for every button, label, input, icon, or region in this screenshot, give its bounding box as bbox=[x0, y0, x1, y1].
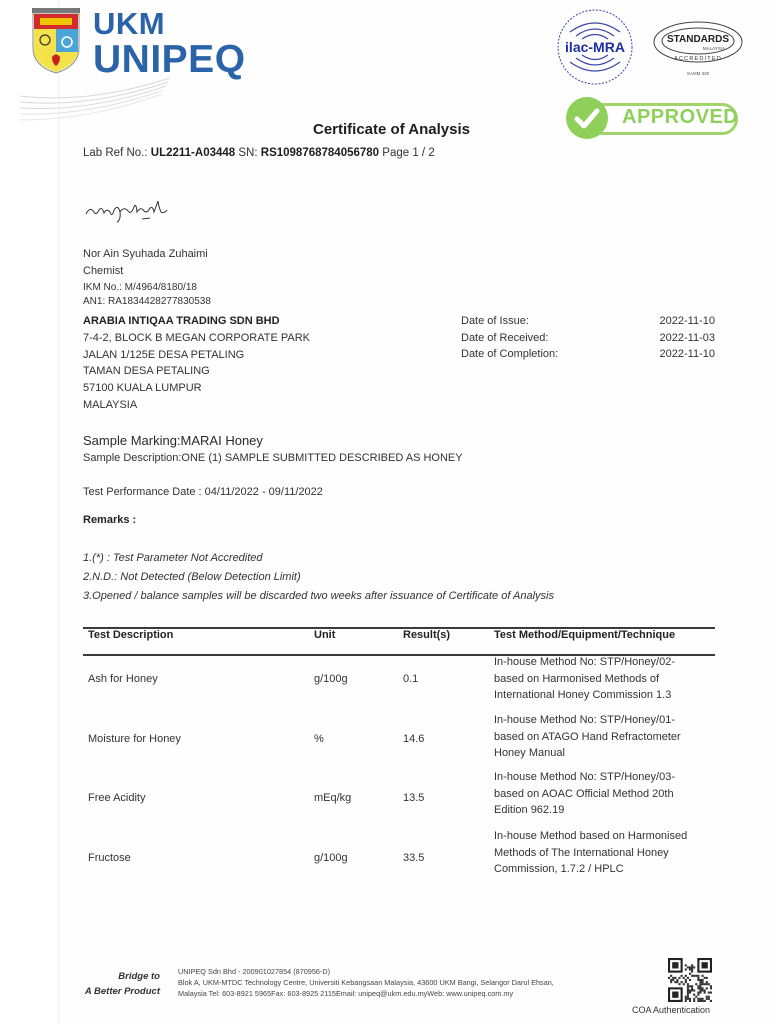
cell-test: Moisture for Honey bbox=[88, 733, 181, 745]
customer-address-line: MALAYSIA bbox=[83, 399, 137, 411]
cell-result: 13.5 bbox=[403, 792, 424, 804]
method-line: based on ATAGO Hand Refractometer bbox=[494, 729, 716, 746]
header-results: Result(s) bbox=[403, 629, 450, 641]
accredited-label: ACCREDITED bbox=[674, 56, 722, 62]
unipeq-brand-logo: UKM UNIPEQ bbox=[93, 8, 246, 79]
cell-result: 33.5 bbox=[403, 852, 424, 864]
cell-method: In-house Method No: STP/Honey/03- based … bbox=[494, 769, 716, 819]
header-unit: Unit bbox=[314, 629, 335, 641]
test-performance-date: Test Performance Date : 04/11/2022 - 09/… bbox=[83, 486, 323, 498]
header-test-description: Test Description bbox=[88, 629, 173, 641]
ilac-label: ilac-MRA bbox=[565, 39, 625, 55]
date-of-completion-row: Date of Completion: 2022-11-10 bbox=[461, 348, 715, 360]
lab-ref-value: UL2211-A03448 bbox=[151, 147, 235, 159]
standards-sub-label: MALAYSIA bbox=[703, 46, 725, 51]
cell-test: Fructose bbox=[88, 852, 131, 864]
date-value: 2022-11-10 bbox=[660, 348, 715, 360]
date-value: 2022-11-10 bbox=[660, 315, 715, 327]
header-test-method: Test Method/Equipment/Technique bbox=[494, 629, 675, 641]
lab-reference-line: Lab Ref No.: UL2211-A03448 SN: RS1098768… bbox=[83, 147, 435, 159]
method-line: based on AOAC Official Method 20th bbox=[494, 786, 716, 803]
lab-ref-label: Lab Ref No.: bbox=[83, 147, 148, 159]
footer-tagline: Bridge to A Better Product bbox=[70, 969, 160, 999]
method-line: In-house Method No: STP/Honey/02- bbox=[494, 654, 716, 671]
signatory-name: Nor Ain Syuhada Zuhaimi bbox=[83, 248, 208, 260]
customer-company: ARABIA INTIQAA TRADING SDN BHD bbox=[83, 315, 280, 327]
footer-company-info: UNIPEQ Sdn Bhd - 200901027854 (870956-D)… bbox=[178, 966, 618, 999]
cell-method: In-house Method No: STP/Honey/02- based … bbox=[494, 654, 716, 704]
cell-test: Free Acidity bbox=[88, 792, 145, 804]
date-value: 2022-11-03 bbox=[660, 332, 715, 344]
standards-label: STANDARDS bbox=[667, 34, 729, 45]
sn-value: RS1098768784056780 bbox=[261, 147, 379, 159]
cell-unit: mEq/kg bbox=[314, 792, 351, 804]
standards-malaysia-logo: STANDARDS MALAYSIA ACCREDITED SAMM 330 bbox=[652, 20, 744, 78]
sn-label: SN: bbox=[238, 147, 257, 159]
approved-badge: APPROVED bbox=[566, 97, 740, 139]
customer-address-line: JALAN 1/125E DESA PETALING bbox=[83, 349, 244, 361]
customer-address-line: TAMAN DESA PETALING bbox=[83, 365, 210, 377]
date-of-issue-row: Date of Issue: 2022-11-10 bbox=[461, 315, 715, 327]
remark-item: 2.N.D.: Not Detected (Below Detection Li… bbox=[83, 571, 301, 583]
brand-line-2: UNIPEQ bbox=[93, 40, 246, 79]
method-line: In-house Method based on Harmonised bbox=[494, 828, 716, 845]
method-line: Commission, 1.7.2 / HPLC bbox=[494, 861, 716, 878]
method-line: Edition 962.19 bbox=[494, 802, 716, 819]
footer-contact-line: Malaysia Tel: 603-8921 5965Fax: 603-8925… bbox=[178, 988, 618, 999]
remarks-title: Remarks : bbox=[83, 514, 136, 526]
tagline-line-1: Bridge to bbox=[70, 969, 160, 984]
sample-description: Sample Description:ONE (1) SAMPLE SUBMIT… bbox=[83, 452, 463, 464]
footer-address-line: Blok A, UKM-MTDC Technology Centre, Univ… bbox=[178, 977, 618, 988]
cell-method: In-house Method based on Harmonised Meth… bbox=[494, 828, 716, 878]
cell-unit: g/100g bbox=[314, 673, 348, 685]
ukm-crest-logo bbox=[30, 8, 82, 74]
method-line: In-house Method No: STP/Honey/01- bbox=[494, 712, 716, 729]
cell-result: 14.6 bbox=[403, 733, 424, 745]
qr-label: COA Authentication bbox=[632, 1005, 710, 1015]
method-line: Methods of The International Honey bbox=[494, 845, 716, 862]
date-label: Date of Issue: bbox=[461, 315, 529, 327]
remark-item: 1.(*) : Test Parameter Not Accredited bbox=[83, 552, 263, 564]
remark-item: 3.Opened / balance samples will be disca… bbox=[83, 590, 554, 602]
footer-company-line: UNIPEQ Sdn Bhd - 200901027854 (870956-D) bbox=[178, 966, 618, 977]
date-of-received-row: Date of Received: 2022-11-03 bbox=[461, 332, 715, 344]
cell-method: In-house Method No: STP/Honey/01- based … bbox=[494, 712, 716, 762]
decorative-swoosh bbox=[20, 76, 170, 126]
approved-label: APPROVED bbox=[622, 106, 738, 129]
method-line: In-house Method No: STP/Honey/03- bbox=[494, 769, 716, 786]
cell-test: Ash for Honey bbox=[88, 673, 158, 685]
cell-unit: g/100g bbox=[314, 852, 348, 864]
cell-result: 0.1 bbox=[403, 673, 418, 685]
method-line: International Honey Commission 1.3 bbox=[494, 687, 716, 704]
document-title: Certificate of Analysis bbox=[313, 121, 470, 138]
ilac-mra-logo: ilac-MRA bbox=[556, 8, 634, 86]
customer-address-line: 7-4-2, BLOCK B MEGAN CORPORATE PARK bbox=[83, 332, 310, 344]
ikm-number: IKM No.: M/4964/8180/18 bbox=[83, 282, 197, 293]
date-label: Date of Received: bbox=[461, 332, 548, 344]
brand-line-1: UKM bbox=[93, 8, 246, 39]
customer-address-line: 57100 KUALA LUMPUR bbox=[83, 382, 202, 394]
signatory-role: Chemist bbox=[83, 265, 123, 277]
method-line: based on Harmonised Methods of bbox=[494, 671, 716, 688]
page-indicator: Page 1 / 2 bbox=[382, 147, 434, 159]
signature bbox=[84, 198, 170, 224]
cell-unit: % bbox=[314, 733, 324, 745]
tagline-line-2: A Better Product bbox=[70, 984, 160, 999]
qr-code[interactable] bbox=[668, 958, 712, 1002]
method-line: Honey Manual bbox=[494, 745, 716, 762]
date-label: Date of Completion: bbox=[461, 348, 558, 360]
samm-label: SAMM 330 bbox=[687, 71, 710, 76]
sample-marking: Sample Marking:MARAI Honey bbox=[83, 433, 263, 448]
checkmark-icon bbox=[566, 97, 608, 139]
an1-number: AN1: RA1834428277830538 bbox=[83, 296, 211, 307]
